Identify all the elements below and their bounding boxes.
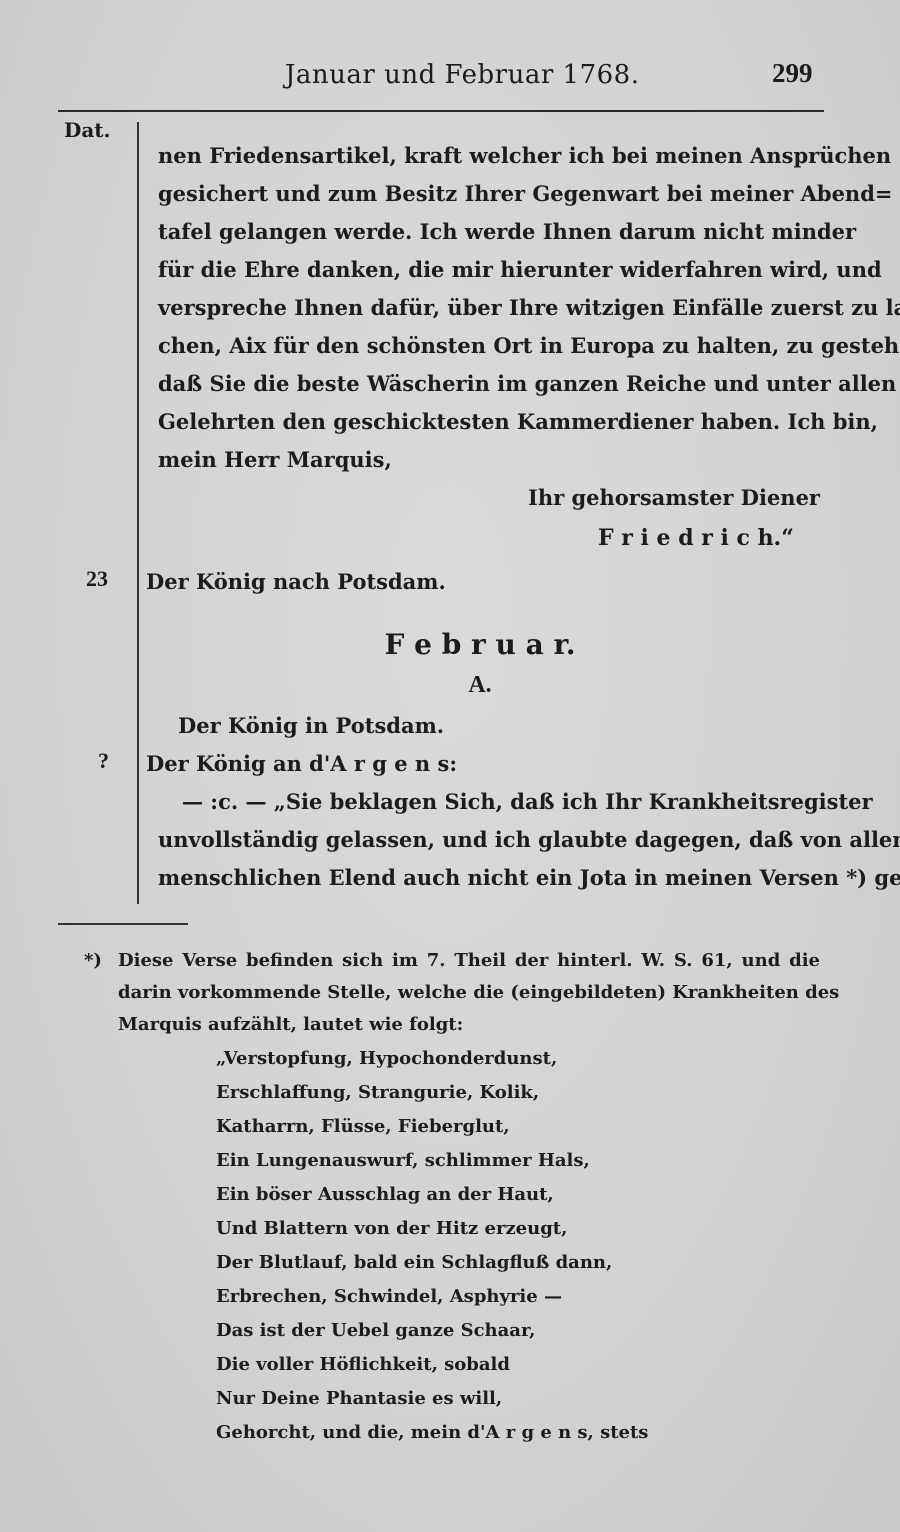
- running-header: Januar und Februar 1768. 299: [0, 58, 900, 94]
- section-heading: A.: [0, 672, 900, 699]
- page-number: 299: [772, 58, 813, 89]
- verse-line: Ein böser Ausschlag an der Haut,: [216, 1184, 554, 1205]
- header-rule: [58, 110, 824, 112]
- text-line: verspreche Ihnen dafür, über Ihre witzig…: [158, 294, 818, 322]
- text-line: tafel gelangen werde. Ich werde Ihnen da…: [158, 218, 818, 246]
- verse-line: Die voller Höflichkeit, sobald: [216, 1354, 510, 1375]
- text-line: daß Sie die beste Wäscherin im ganzen Re…: [158, 370, 818, 398]
- entry-king-to-potsdam: Der König nach Potsdam.: [146, 568, 806, 596]
- text-line: für die Ehre danken, die mir hierunter w…: [158, 256, 818, 284]
- quote-line: — :c. — „Sie beklagen Sich, daß ich Ihr …: [182, 788, 818, 816]
- entry-king-to-dargens: Der König an d'A r g e n s:: [146, 750, 806, 778]
- text-line: chen, Aix für den schönsten Ort in Europ…: [158, 332, 818, 360]
- quote-line: menschlichen Elend auch nicht ein Jota i…: [158, 864, 818, 892]
- quote-line: unvollständig gelassen, und ich glaubte …: [158, 826, 818, 854]
- date-column-label: Dat.: [64, 118, 111, 142]
- date-23: 23: [86, 566, 108, 592]
- verse-line: „Verstopfung, Hypochonderdunst,: [216, 1048, 557, 1069]
- entry-king-in-potsdam: Der König in Potsdam.: [178, 712, 838, 740]
- text-line: Gelehrten den geschicktesten Kammerdiene…: [158, 408, 818, 436]
- footnote-line: Marquis aufzählt, lautet wie folgt:: [118, 1012, 820, 1038]
- verse-line: Ein Lungenauswurf, schlimmer Hals,: [216, 1150, 590, 1171]
- footnote-line: Diese Verse befinden sich im 7. Theil de…: [118, 948, 820, 974]
- verse-line: Gehorcht, und die, mein d'A r g e n s, s…: [216, 1422, 648, 1443]
- verse-line: Das ist der Uebel ganze Schaar,: [216, 1320, 535, 1341]
- month-heading: F e b r u a r.: [0, 628, 900, 661]
- margin-rule: [137, 122, 139, 904]
- footnote-mark: *): [84, 950, 102, 971]
- verse-line: Nur Deine Phantasie es will,: [216, 1388, 502, 1409]
- verse-line: Erbrechen, Schwindel, Asphyrie —: [216, 1286, 562, 1307]
- verse-line: Der Blutlauf, bald ein Schlagfluß dann,: [216, 1252, 612, 1273]
- text-line: gesichert und zum Besitz Ihrer Gegenwart…: [158, 180, 818, 208]
- verse-line: Und Blattern von der Hitz erzeugt,: [216, 1218, 567, 1239]
- footnote-line: darin vorkommende Stelle, welche die (ei…: [118, 980, 820, 1006]
- date-unknown: ?: [98, 748, 109, 774]
- text-line: mein Herr Marquis,: [158, 446, 818, 474]
- letter-signature: F r i e d r i c h.“: [598, 524, 794, 552]
- verse-line: Katharrn, Flüsse, Fieberglut,: [216, 1116, 510, 1137]
- verse-line: Erschlaffung, Strangurie, Kolik,: [216, 1082, 539, 1103]
- footnote-rule: [58, 923, 188, 925]
- text-line: nen Friedensartikel, kraft welcher ich b…: [158, 142, 818, 170]
- book-page: Januar und Februar 1768. 299 Dat. nen Fr…: [0, 0, 900, 1532]
- letter-closing: Ihr gehorsamster Diener: [528, 484, 820, 512]
- running-title: Januar und Februar 1768.: [285, 60, 639, 90]
